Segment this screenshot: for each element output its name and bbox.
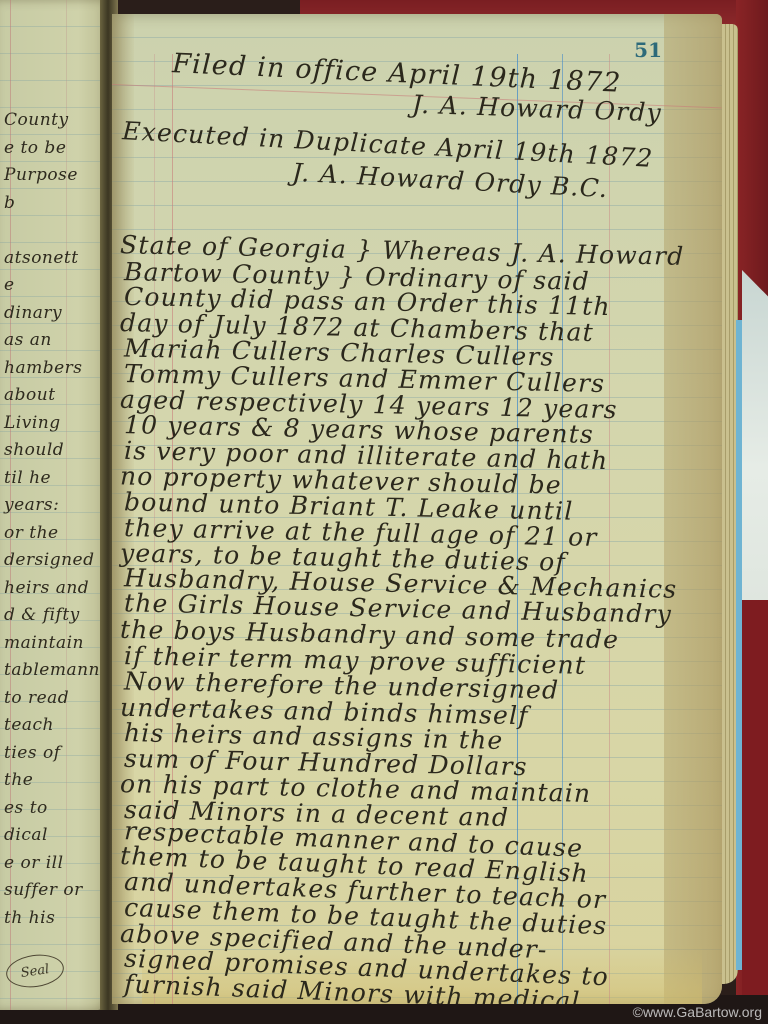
left-page-fragment: about [4,385,56,405]
left-page-fragment: e or ill [4,853,64,873]
left-page-fragment: ties of [4,743,60,763]
page-number: 51 [634,38,662,62]
left-page-fragment: Living [4,413,61,433]
left-page-fragment: til he [4,468,51,488]
left-page-fragment: atsonett [4,248,79,268]
left-page-fragment: County [4,110,69,130]
left-page-fragment: e [4,275,15,295]
left-page-fragment: d & fifty [4,605,80,625]
left-page-fragment: dersigned [4,550,95,570]
left-page-fragment: b [4,193,15,213]
left-page-fragment: tablemann [4,660,100,680]
left-page-fragment: Purpose [4,165,78,185]
left-page-fragment: teach [4,715,54,735]
left-page-fragment: dinary [4,303,62,323]
left-page-fragment: dical [4,825,48,845]
left-page-fragment: to read [4,688,69,708]
seal-label: Seal [20,962,50,981]
left-page-fragment: heirs and [4,578,89,598]
left-page-fragment: or the [4,523,59,543]
left-page: Countye to bePurposebatsonettedinaryas a… [0,0,112,1010]
left-page-fragment: years: [4,495,59,515]
book-cover-light-patch [742,270,768,600]
watermark: ©www.GaBartow.org [633,1004,762,1020]
left-page-fragment: as an [4,330,52,350]
column-line [609,54,610,1004]
left-page-fragment: e to be [4,138,66,158]
left-page-fragment: should [4,440,64,460]
left-page-fragment: th his [4,908,55,928]
left-page-fragment: hambers [4,358,83,378]
left-page-fragment: suffer or [4,880,83,900]
blue-page-edge [736,320,742,970]
left-page-fragment: the [4,770,33,790]
left-page-fragment: es to [4,798,48,818]
right-page: 51 Filed in office April 19th 1872 J. A.… [112,14,722,1004]
book-cover-lower [742,600,768,1024]
page-edge-discoloration [664,14,722,1004]
left-page-fragment: maintain [4,633,84,653]
